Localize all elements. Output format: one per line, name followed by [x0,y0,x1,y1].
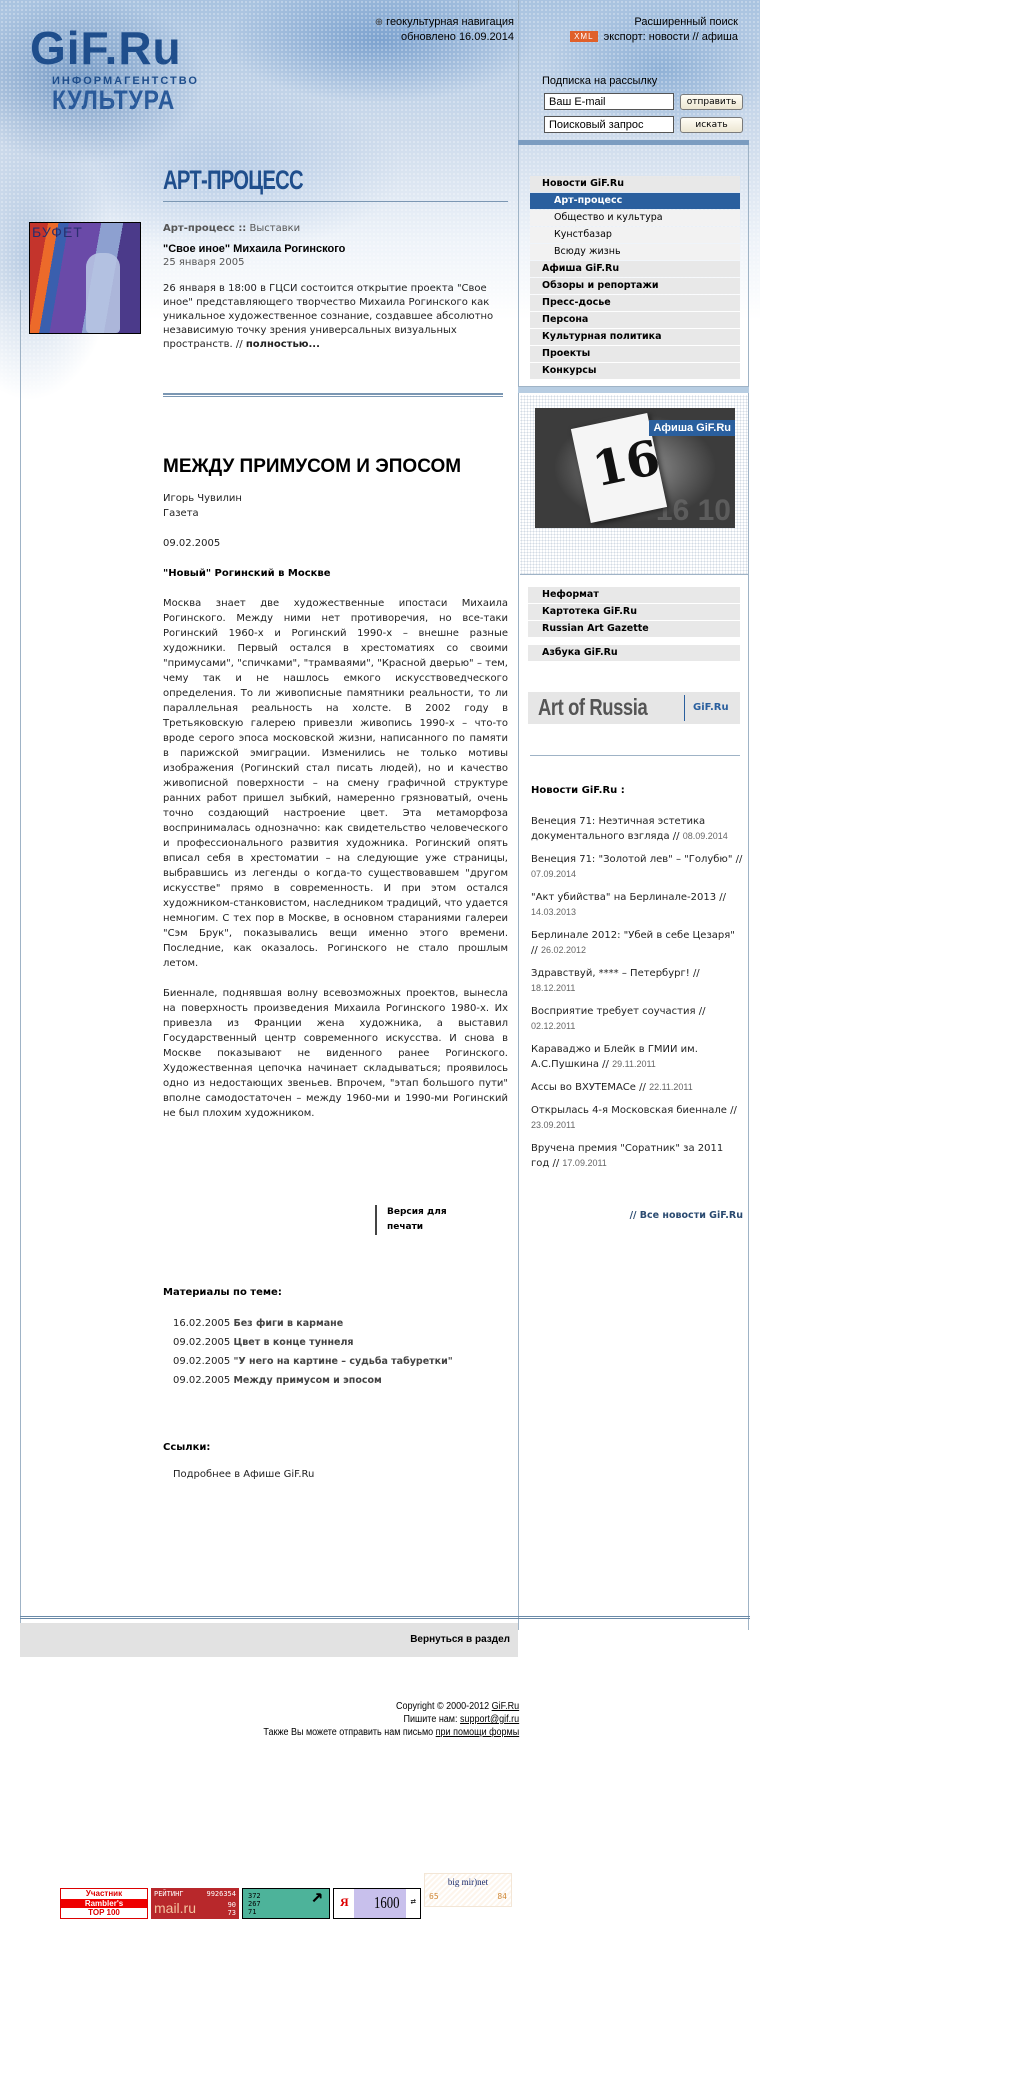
news-date: 07.09.2014 [531,869,576,879]
geo-nav: ⊕геокультурная навигация обновлено 16.09… [375,15,514,44]
sidebar-item[interactable]: Конкурсы [530,363,740,379]
links-heading: Ссылки: [163,1442,508,1453]
export-label: экспорт: [604,31,646,43]
geo-nav-link[interactable]: геокультурная навигация [386,16,514,28]
news-link[interactable]: Венеция 71: "Золотой лев" – "Голубю" [531,854,732,865]
news-separator: // [531,945,538,956]
news-separator: // [673,831,680,842]
arrow-up-right-icon: ↗ [311,1891,323,1899]
news-item: Восприятие требует соучастия // 02.12.20… [531,1004,743,1034]
news-separator: // [719,892,726,903]
links-section: Ссылки: Подробнее в Афише GiF.Ru [163,1442,508,1480]
sidebar-item[interactable]: Общество и культура [530,210,740,226]
support-email-link[interactable]: support@gif.ru [460,1714,519,1725]
breadcrumb-subsection[interactable]: Выставки [250,223,301,234]
afisha-label: Афиша GiF.Ru [649,420,735,436]
sidebar-item[interactable]: Новости GiF.Ru [530,176,740,192]
art-of-russia-banner[interactable]: Art of Russia GiF.Ru [528,692,740,724]
frame-line [20,1616,750,1619]
news-item: Открылась 4-я Московская биеннале // 23.… [531,1103,743,1133]
sidebar-item[interactable]: Пресс-досье [530,295,740,311]
email-field[interactable] [544,93,674,110]
sidebar-item[interactable]: Обзоры и репортажи [530,278,740,294]
send-button[interactable]: отправить [680,94,743,110]
news-date: 22.11.2011 [649,1082,693,1092]
project-link[interactable]: Russian Art Gazette [528,621,740,637]
news-link[interactable]: Вручена премия "Соратник" за 2011 год [531,1143,723,1169]
breadcrumb-section[interactable]: Арт-процесс :: [163,223,246,234]
article-date: 09.02.2005 [163,536,508,551]
xml-icon: XML [570,31,597,42]
news-link[interactable]: Восприятие требует соучастия [531,1006,696,1017]
article-subtitle: "Новый" Рогинский в Москве [163,566,508,581]
sidebar-item[interactable]: Персона [530,312,740,328]
afisha-banner-box: 16 10 16 Афиша GiF.Ru [520,395,748,575]
teaser: Арт-процесс :: Выставки "Свое иное" Миха… [163,222,503,352]
export-news-link[interactable]: новости [649,31,690,43]
project-link[interactable]: Неформат [528,587,740,603]
advanced-search-link[interactable]: Расширенный поиск [634,16,738,28]
liveinternet-counter[interactable]: 372 267 71 ↗ [242,1888,330,1919]
sidebar-item[interactable]: Кунстбазар [530,227,740,243]
counters: Участник Rambler's TOP 100 РЕЙТИНГ 99263… [60,1873,512,1919]
afisha-banner[interactable]: 16 10 16 Афиша GiF.Ru [535,408,735,528]
news-item: Вручена премия "Соратник" за 2011 год //… [531,1141,743,1171]
sidebar-item[interactable]: Арт-процесс [530,193,740,209]
footer: Copyright © 2000-2012 GiF.Ru Пишите нам:… [263,1700,519,1739]
updated-date: обновлено 16.09.2014 [375,30,514,44]
list-item: 16.02.2005 Без фиги в кармане [173,1314,508,1333]
top-right-panel: Расширенный поиск XML экспорт: новости /… [528,10,746,133]
teaser-body: 26 января в 18:00 в ГЦСИ состоится откры… [163,282,503,352]
article-author: Игорь Чувилин [163,491,508,506]
export-afisha-link[interactable]: афиша [702,31,738,43]
news-list: Новости GiF.Ru : Венеция 71: Неэтичная э… [531,783,743,1223]
figure-shape [86,253,120,333]
news-separator: // [730,1105,737,1116]
related-link[interactable]: "У него на картине – судьба табуретки" [233,1356,452,1367]
news-item: "Акт убийства" на Берлинале-2013 // 14.0… [531,890,743,920]
rambler-counter[interactable]: Участник Rambler's TOP 100 [60,1888,148,1919]
news-date: 26.02.2012 [541,945,586,955]
related-materials: Материалы по теме: 16.02.2005 Без фиги в… [163,1287,508,1390]
news-link[interactable]: Открылась 4-я Московская биеннале [531,1105,727,1116]
sidebar-item[interactable]: Афиша GiF.Ru [530,261,740,277]
news-date: 17.09.2011 [562,1158,606,1168]
frame-line [20,290,21,1630]
refresh-icon: ⇄ [411,1897,416,1907]
sidebar-top-bar [518,140,749,145]
sidebar-item[interactable]: Культурная политика [530,329,740,345]
projects-menu: Неформат Картотека GiF.Ru Russian Art Ga… [528,587,740,662]
news-date: 08.09.2014 [683,831,728,841]
subscribe-label: Подписка на рассылку [542,75,746,87]
news-date: 02.12.2011 [531,1021,575,1031]
afisha-link[interactable]: Подробнее в Афише GiF.Ru [173,1469,508,1480]
logo-wordmark: GiF.Ru [30,25,199,71]
news-separator: // [693,968,700,979]
sidebar-menu: Новости GiF.RuАрт-процессОбщество и куль… [530,176,740,380]
contact-form-link[interactable]: при помощи формы [436,1727,519,1738]
list-item: 09.02.2005 Цвет в конце туннеля [173,1333,508,1352]
news-separator: // [699,1006,706,1017]
all-news-link[interactable]: // Все новости GiF.Ru [531,1208,743,1223]
export-separator: // [693,31,699,43]
news-item: Берлинале 2012: "Убей в себе Цезаря" // … [531,928,743,958]
news-item: Здравствуй, **** – Петербург! // 18.12.2… [531,966,743,996]
news-date: 23.09.2011 [531,1120,575,1130]
back-to-section-button[interactable]: Вернуться в раздел [20,1623,518,1657]
list-item: 09.02.2005 Между примусом и эпосом [173,1371,508,1390]
article-paragraph: Москва знает две художественные ипостаси… [163,596,508,971]
section-title: АРТ-ПРОЦЕСС [163,165,303,196]
news-item: Венеция 71: "Золотой лев" – "Голубю" // … [531,852,743,882]
frame-line [518,0,519,1630]
news-item: Караваджо и Блейк в ГМИИ им. А.С.Пушкина… [531,1042,743,1072]
related-link[interactable]: Между примусом и эпосом [233,1375,381,1386]
sidebar-item[interactable]: Всюду жизнь [530,244,740,260]
news-link[interactable]: Здравствуй, **** – Петербург! [531,968,690,979]
art-of-russia-brand: GiF.Ru [693,702,729,713]
crosshair-icon: ⊕ [375,16,383,30]
site-logo[interactable]: GiF.Ru ИНФОРМАГЕНТСТВО КУЛЬТУРА [30,25,199,113]
news-separator: // [639,1082,646,1093]
breadcrumb: Арт-процесс :: Выставки [163,222,503,236]
news-date: 18.12.2011 [531,983,575,993]
related-link[interactable]: Цвет в конце туннеля [233,1337,353,1348]
divider [684,695,685,721]
news-item: Ассы во ВХУТЕМАСе // 22.11.2011 [531,1080,743,1095]
related-heading: Материалы по теме: [163,1287,508,1298]
news-date: 29.11.2011 [612,1059,656,1069]
divider [530,755,740,756]
project-link[interactable]: Азбука GiF.Ru [528,645,740,661]
list-item: 09.02.2005 "У него на картине – судьба т… [173,1352,508,1371]
bigmir-counter[interactable]: big mir)net 65 84 [424,1873,512,1907]
news-link[interactable]: Ассы во ВХУТЕМАСе [531,1082,636,1093]
related-link[interactable]: Без фиги в кармане [233,1318,343,1329]
news-date: 14.03.2013 [531,907,576,917]
search-button[interactable]: искать [680,117,743,133]
news-link[interactable]: Берлинале 2012: "Убей в себе Цезаря" [531,930,735,941]
project-link[interactable]: Картотека GiF.Ru [528,604,740,620]
frame-line [748,140,749,1630]
news-item: Венеция 71: Неэтичная эстетика документа… [531,814,743,844]
article-title: МЕЖДУ ПРИМУСОМ И ЭПОСОМ [163,455,508,479]
teaser-thumbnail[interactable]: БУФЕТ [29,222,141,334]
logo-culture: КУЛЬТУРА [52,87,177,113]
news-heading: Новости GiF.Ru : [531,783,743,798]
mail-counter[interactable]: РЕЙТИНГ 9926354 mail.ru 90 73 [151,1888,239,1919]
teaser-date: 25 января 2005 [163,256,503,270]
copyright-link[interactable]: GiF.Ru [491,1701,519,1712]
thumbnail-caption: БУФЕТ [32,224,83,240]
sidebar-item[interactable]: Проекты [530,346,740,362]
news-separator: // [602,1059,609,1070]
divider [518,386,749,393]
article: МЕЖДУ ПРИМУСОМ И ЭПОСОМ Игорь Чувилин Га… [163,455,508,1121]
print-version-link[interactable]: Версия для печати [375,1205,465,1235]
article-paragraph: Биеннале, поднявшая волну всевозможных п… [163,986,508,1121]
article-source: Газета [163,506,508,521]
read-more-link[interactable]: полностью... [246,339,320,350]
search-input[interactable] [544,116,674,133]
news-link[interactable]: "Акт убийства" на Берлинале-2013 [531,892,716,903]
news-separator: // [736,854,743,865]
news-link[interactable]: Венеция 71: Неэтичная эстетика документа… [531,816,705,842]
news-separator: // [552,1158,559,1169]
divider [163,201,508,202]
divider [163,393,503,397]
teaser-title[interactable]: "Свое иное" Михаила Рогинского [163,242,503,256]
calendar-numbers: 16 10 [656,494,731,528]
art-of-russia-title: Art of Russia [538,694,647,721]
yandex-counter[interactable]: Я 1600 ⇄ [333,1888,421,1919]
